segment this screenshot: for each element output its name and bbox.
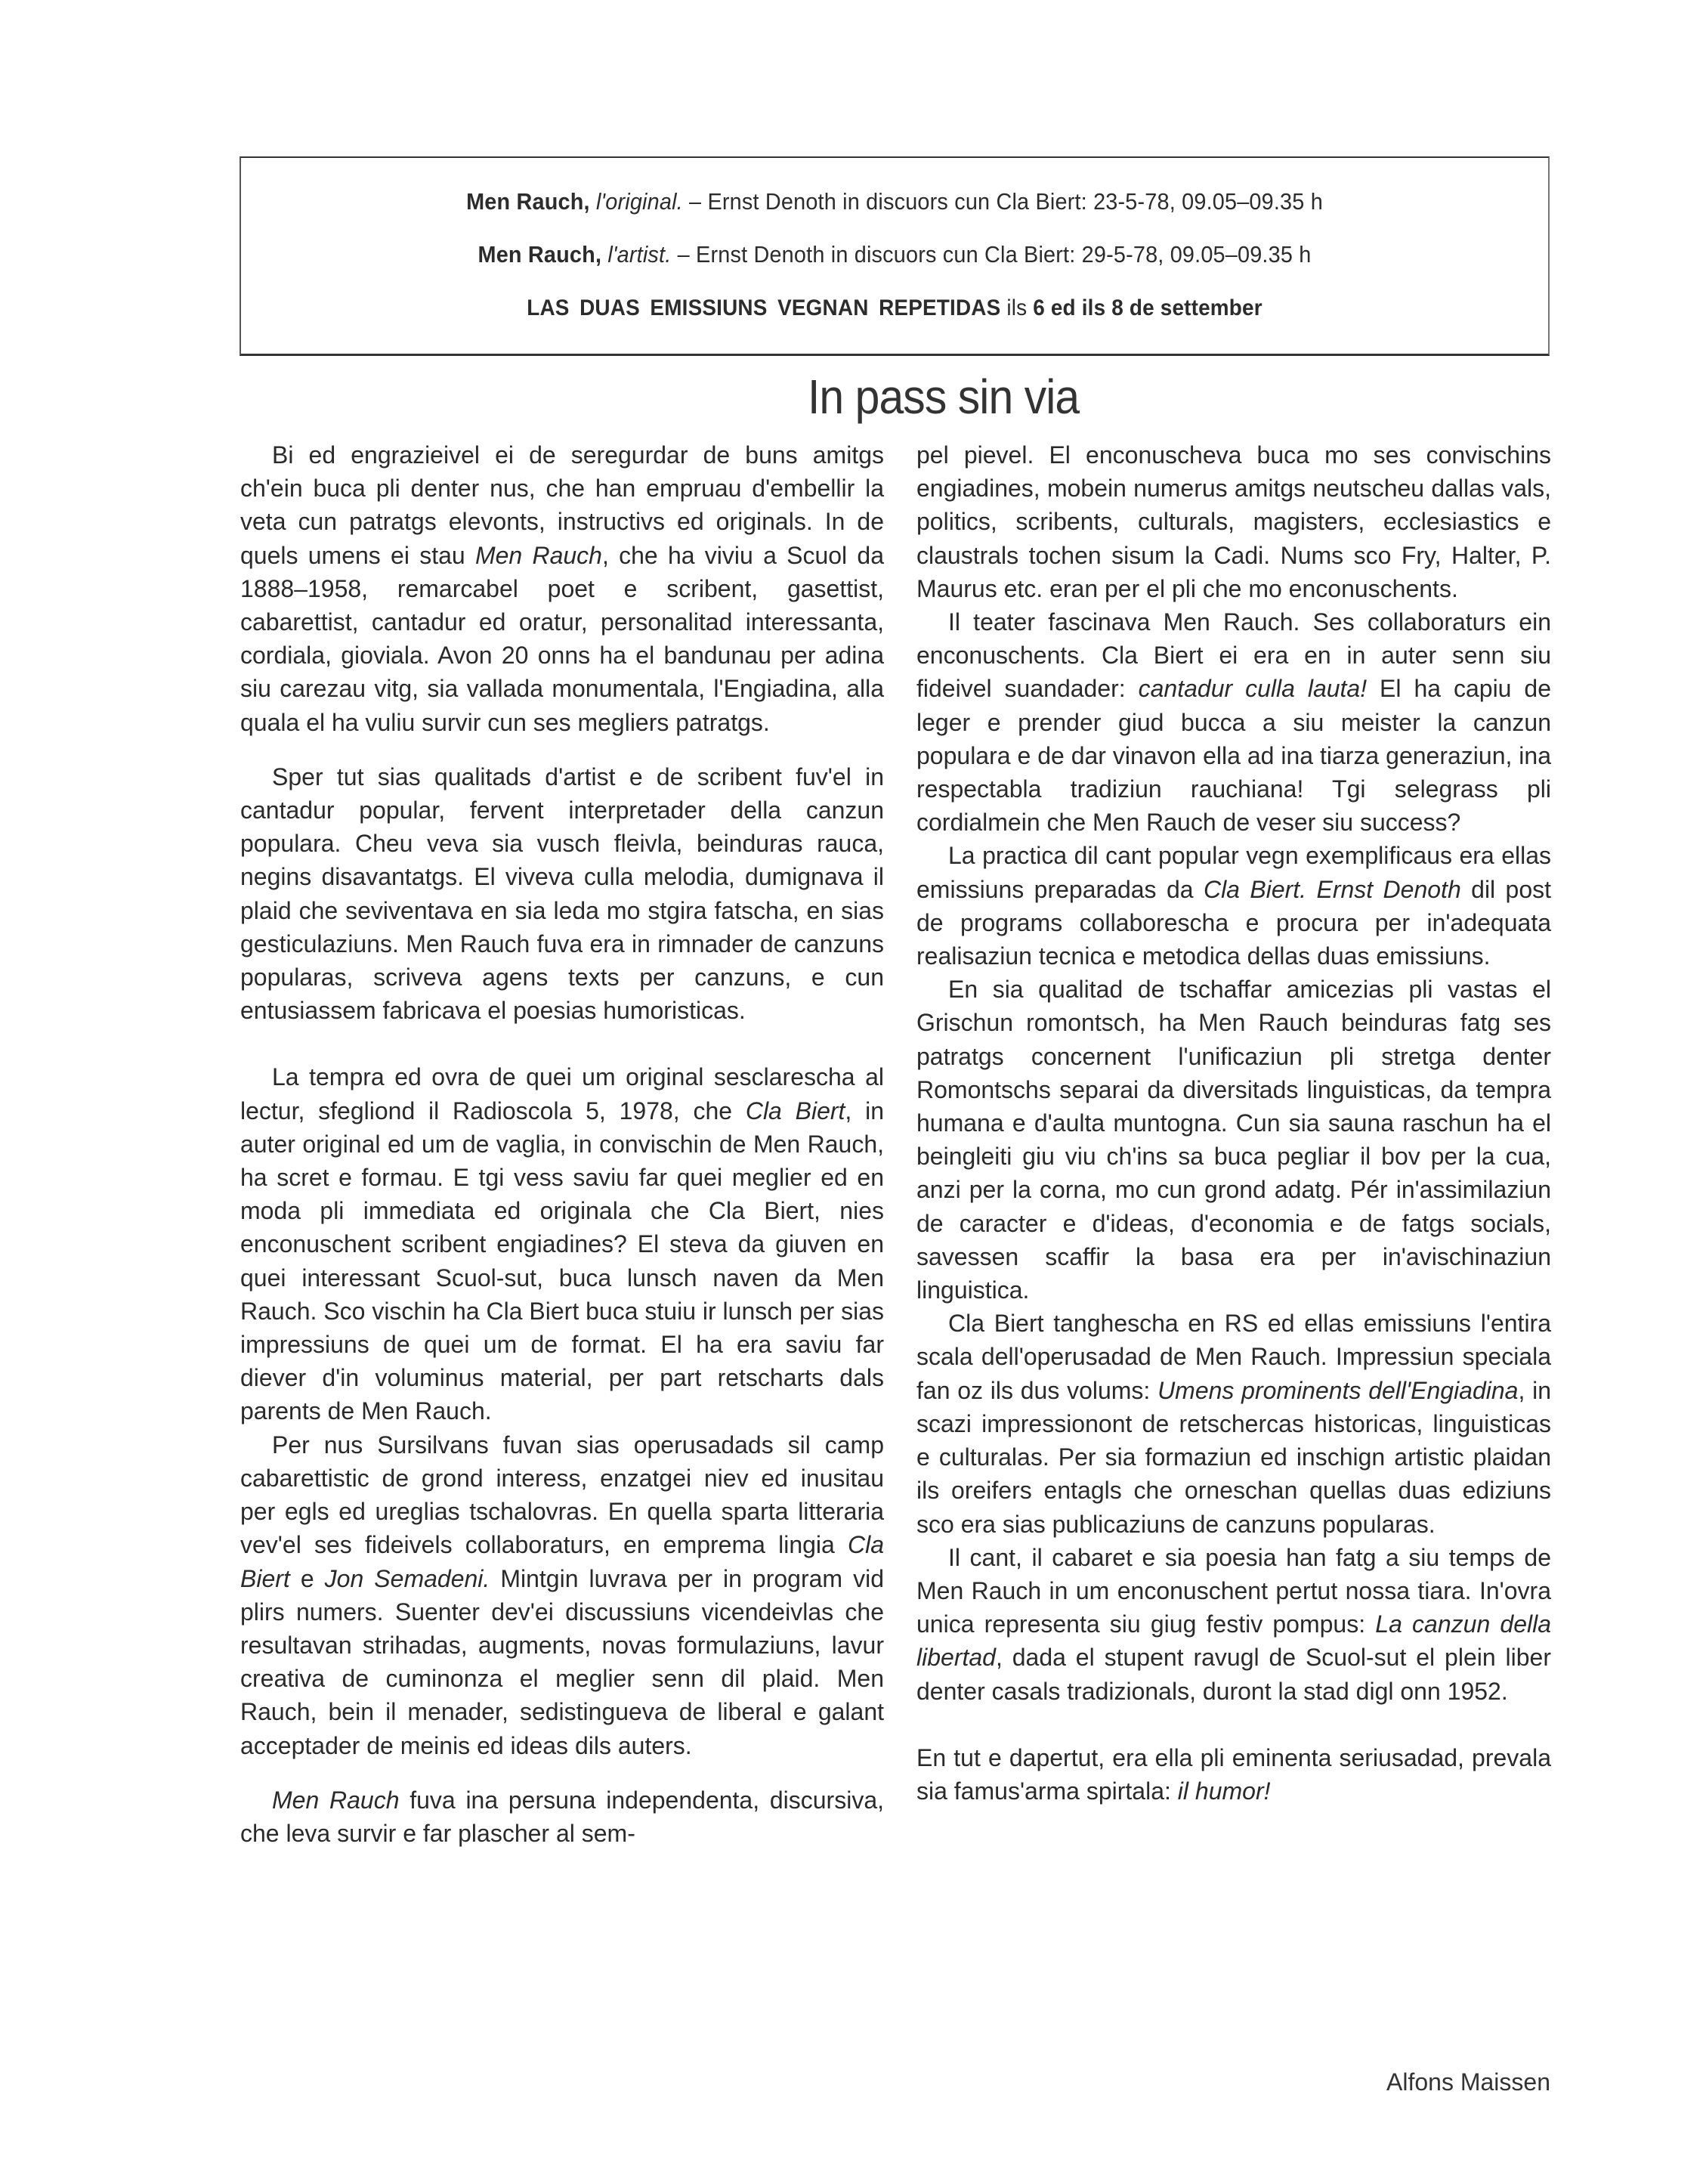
program-details: – Ernst Denoth in discuors cun Cla Biert… — [683, 188, 1323, 215]
paragraph: Sper tut sias qualitads d'artist e de sc… — [240, 760, 884, 1028]
text: Per nus Sursilvans fuvan sias operusadad… — [240, 1431, 884, 1559]
program-name: Men Rauch, — [466, 188, 590, 215]
text: , in auter original ed um de vaglia, in … — [240, 1097, 884, 1425]
emphasis: cantadur culla lauta! — [1139, 675, 1368, 702]
program-details: – Ernst Denoth in discuors cun Cla Biert… — [671, 241, 1311, 268]
paragraph: Bi ed engrazieivel ei de seregurdar de b… — [240, 438, 884, 739]
repeat-notice-mid: ils — [1000, 295, 1033, 320]
paragraph: Il teater fascinava Men Rauch. Ses colla… — [916, 605, 1551, 839]
repeat-notice-dates: 6 ed ils 8 de settember — [1033, 295, 1263, 320]
program-subtitle: l'artist. — [607, 241, 671, 268]
paragraph: La tempra ed ovra de quei um original se… — [240, 1060, 884, 1428]
paragraph: Cla Biert tanghescha en RS ed ellas emis… — [916, 1307, 1551, 1540]
program-subtitle: l'original. — [596, 188, 683, 215]
paragraph: En sia qualitad de tschaffar amicezias p… — [916, 973, 1551, 1307]
text: Mintgin luvrava per in program vid plirs… — [240, 1565, 884, 1759]
author-signature: Alfons Maissen — [1330, 2068, 1550, 2096]
emphasis: Men Rauch — [475, 542, 602, 569]
emphasis: Cla Biert. — [1204, 876, 1306, 903]
paragraph: La practica dil cant popular vegn exempl… — [916, 839, 1551, 973]
emphasis: il humor! — [1178, 1777, 1271, 1805]
paragraph: Il cant, il cabaret e sia poesia han fat… — [916, 1541, 1551, 1708]
emphasis: Jon Semadeni. — [325, 1565, 490, 1592]
article-column-left: Bi ed engrazieivel ei de seregurdar de b… — [240, 438, 884, 1850]
repeat-notice-caps: LAS DUAS EMISSIUNS VEGNAN REPETIDAS — [527, 295, 1000, 320]
broadcast-line-original: Men Rauch, l'original. – Ernst Denoth in… — [287, 188, 1503, 215]
emphasis: Cla Biert — [746, 1097, 845, 1124]
article-title: In pass sin via — [68, 369, 1637, 425]
paragraph: Men Rauch fuva ina persuna independenta,… — [240, 1783, 884, 1850]
emphasis: Men Rauch — [272, 1786, 399, 1814]
broadcast-notice-box: Men Rauch, l'original. – Ernst Denoth in… — [240, 156, 1550, 356]
repeat-notice: LAS DUAS EMISSIUNS VEGNAN REPETIDAS ils … — [287, 295, 1503, 321]
paragraph: pel pievel. El enconuscheva buca mo ses … — [916, 438, 1551, 605]
text: , dada el stupent ravugl de Scuol-sut el… — [916, 1644, 1551, 1704]
text: , che ha viviu a Scuol da 1888–1958, rem… — [240, 542, 884, 736]
emphasis: Umens prominents dell'Engiadina — [1157, 1377, 1518, 1404]
closing-paragraph: En tut e dapertut, era ella pli eminenta… — [916, 1741, 1551, 1808]
emphasis: Ernst Denoth — [1316, 876, 1460, 903]
program-name: Men Rauch, — [477, 241, 601, 268]
article-column-right: pel pievel. El enconuscheva buca mo ses … — [916, 438, 1551, 1808]
paragraph: Per nus Sursilvans fuvan sias operusadad… — [240, 1428, 884, 1762]
text: e — [290, 1565, 325, 1592]
broadcast-line-artist: Men Rauch, l'artist. – Ernst Denoth in d… — [287, 241, 1503, 268]
text — [1306, 876, 1316, 903]
